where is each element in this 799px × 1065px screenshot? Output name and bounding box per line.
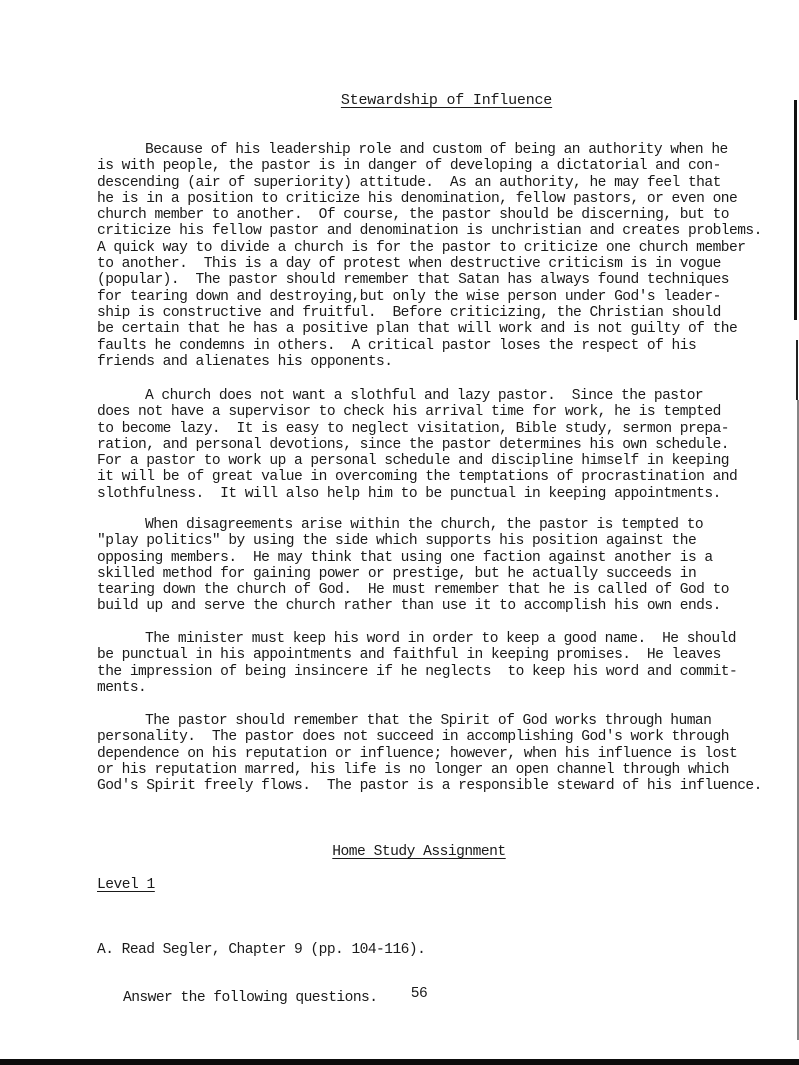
- section-title: Home Study Assignment: [0, 843, 799, 861]
- scan-bottom-border: [0, 1059, 799, 1065]
- scan-edge-line: [796, 340, 798, 400]
- paragraph-slothful: A church does not want a slothful and la…: [97, 388, 767, 502]
- text-line: For a pastor to work up a personal sched…: [97, 453, 767, 469]
- text-line: descending (air of superiority) attitude…: [97, 175, 767, 191]
- text-line: it will be of great value in overcoming …: [97, 469, 767, 485]
- paragraph-spirit: The pastor should remember that the Spir…: [97, 713, 767, 794]
- level-heading: Level 1: [97, 876, 155, 894]
- page-number: 56: [0, 985, 799, 1003]
- text-line: A church does not want a slothful and la…: [97, 388, 767, 404]
- text-line: ments.: [97, 680, 767, 696]
- text-line: dependence on his reputation or influenc…: [97, 746, 767, 762]
- page-title: Stewardship of Influence: [0, 91, 799, 111]
- text-line: criticize his fellow pastor and denomina…: [97, 223, 767, 239]
- assignment-item: A. Read Segler, Chapter 9 (pp. 104-116).…: [97, 909, 425, 1039]
- text-line: for tearing down and destroying,but only…: [97, 289, 767, 305]
- scan-edge-line: [794, 100, 797, 320]
- text-line: personality. The pastor does not succeed…: [97, 729, 767, 745]
- text-line: ration, and personal devotions, since th…: [97, 437, 767, 453]
- text-line: the impression of being insincere if he …: [97, 664, 767, 680]
- text-line: When disagreements arise within the chur…: [97, 517, 767, 533]
- text-line: be punctual in his appointments and fait…: [97, 647, 767, 663]
- text-line: does not have a supervisor to check his …: [97, 404, 767, 420]
- text-line: is with people, the pastor is in danger …: [97, 158, 767, 174]
- text-line: friends and alienates his opponents.: [97, 354, 767, 370]
- text-line: tearing down the church of God. He must …: [97, 582, 767, 598]
- text-line: God's Spirit freely flows. The pastor is…: [97, 778, 767, 794]
- text-line: (popular). The pastor should remember th…: [97, 272, 767, 288]
- text-line: or his reputation marred, his life is no…: [97, 762, 767, 778]
- text-line: to become lazy. It is easy to neglect vi…: [97, 421, 767, 437]
- text-line: church member to another. Of course, the…: [97, 207, 767, 223]
- text-line: opposing members. He may think that usin…: [97, 550, 767, 566]
- text-line: The pastor should remember that the Spir…: [97, 713, 767, 729]
- paragraph-keep-word: The minister must keep his word in order…: [97, 631, 767, 696]
- text-line: faults he condemns in others. A critical…: [97, 338, 767, 354]
- text-line: to another. This is a day of protest whe…: [97, 256, 767, 272]
- text-line: be certain that he has a positive plan t…: [97, 321, 767, 337]
- text-line: The minister must keep his word in order…: [97, 631, 767, 647]
- text-line: Because of his leadership role and custo…: [97, 142, 767, 158]
- text-line: "play politics" by using the side which …: [97, 533, 767, 549]
- assignment-line: A. Read Segler, Chapter 9 (pp. 104-116).: [97, 942, 425, 958]
- text-line: slothfulness. It will also help him to b…: [97, 486, 767, 502]
- document-page: Stewardship of Influence Because of his …: [0, 0, 799, 1065]
- paragraph-leadership: Because of his leadership role and custo…: [97, 142, 767, 370]
- text-line: A quick way to divide a church is for th…: [97, 240, 767, 256]
- paragraph-politics: When disagreements arise within the chur…: [97, 517, 767, 615]
- text-line: skilled method for gaining power or pres…: [97, 566, 767, 582]
- text-line: he is in a position to criticize his den…: [97, 191, 767, 207]
- text-line: ship is constructive and fruitful. Befor…: [97, 305, 767, 321]
- text-line: build up and serve the church rather tha…: [97, 598, 767, 614]
